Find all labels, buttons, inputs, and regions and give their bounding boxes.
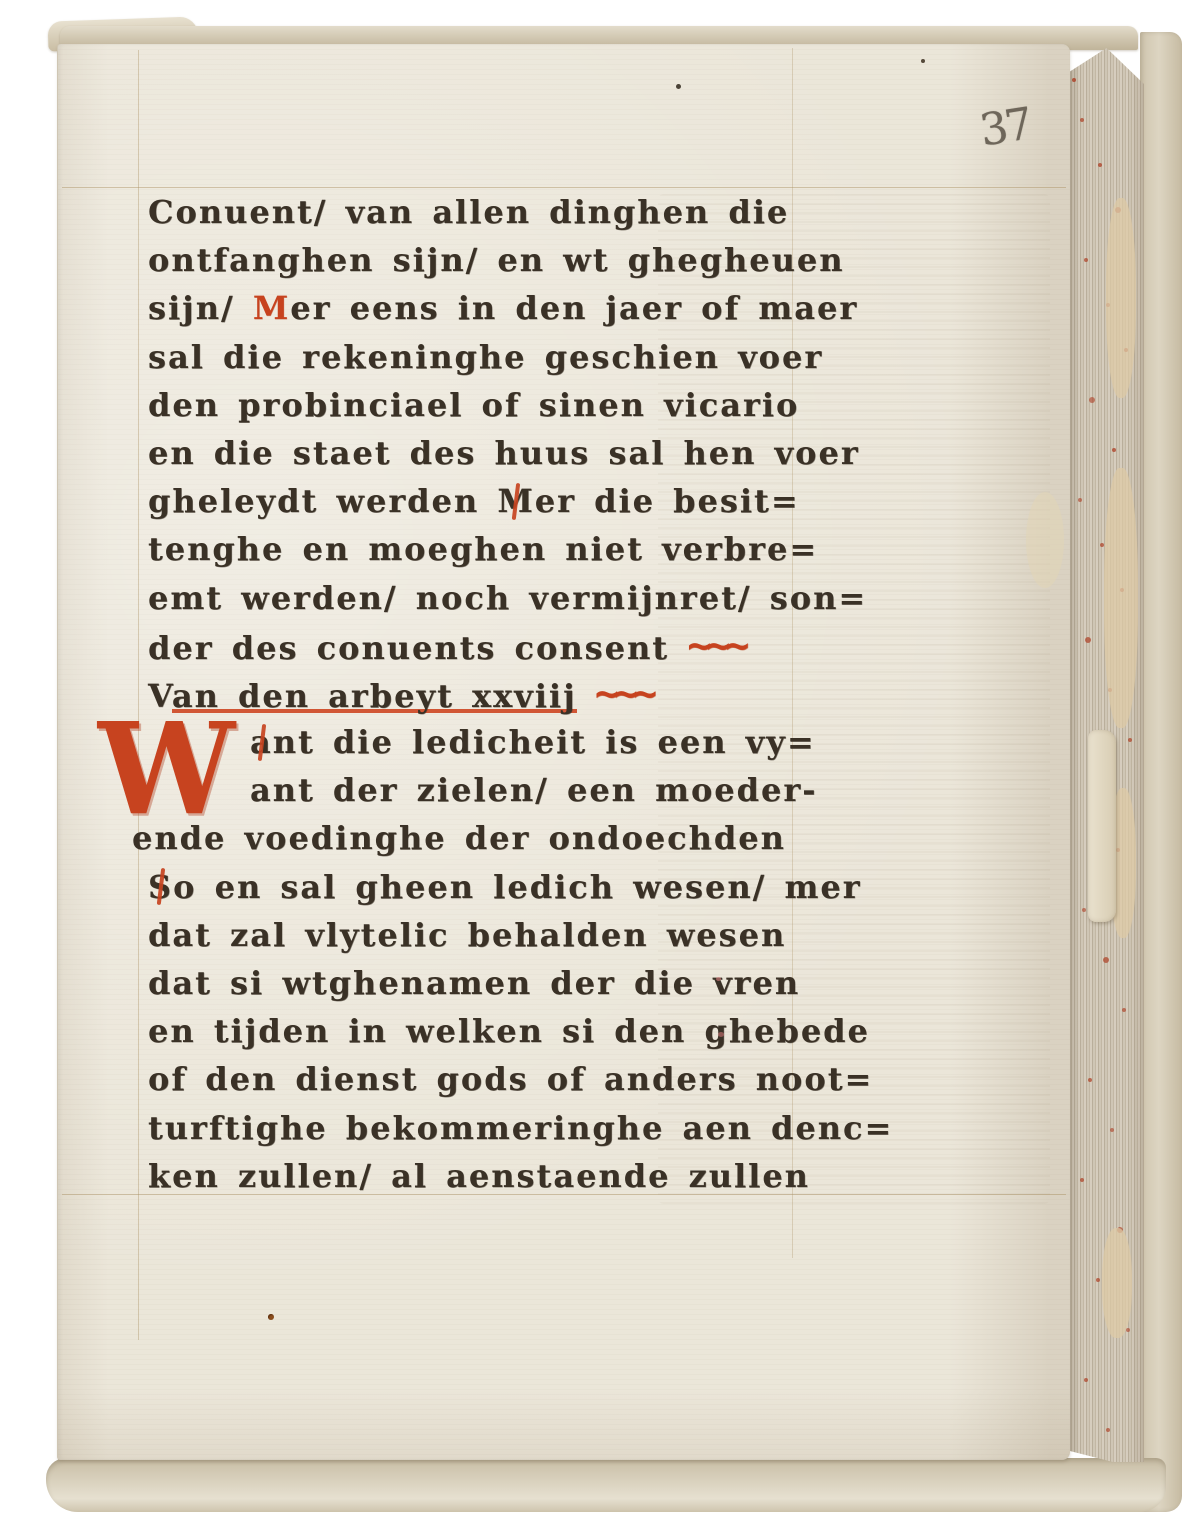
manuscript-text-line: tenghe en moeghen niet verbre= (148, 525, 1008, 573)
manuscript-text-line: So en sal gheen ledich wesen/ mer (148, 863, 1008, 911)
text-segment: gheleydt werden (148, 482, 497, 520)
manuscript-text-line: dat zal vlytelic behalden wesen (148, 911, 1008, 959)
manuscript-text-line: en tijden in welken si den ghebede (148, 1007, 1008, 1055)
edge-stain (1104, 468, 1138, 728)
pink-smudge (716, 977, 721, 981)
manuscript-text-line: der des conuents consent ~~~ (148, 622, 1008, 670)
text-segment: sal die rekeninghe geschien voer (148, 338, 823, 376)
text-segment: an den arbeyt xxviij (172, 677, 577, 715)
text-segment: M (497, 477, 534, 525)
text-segment: a (250, 718, 273, 766)
manuscript-text-line: ant die ledicheit is een vy= (148, 718, 1008, 766)
manuscript-text-line: gheleydt werden Mer die besit= (148, 477, 1008, 525)
parchment-index-tab (1088, 730, 1116, 922)
text-segment: emt werden/ noch vermijnret/ son= (148, 579, 867, 617)
manuscript-text-line: ende voedinghe der ondoechden (132, 814, 1008, 862)
text-segment: Conuent/ van allen dinghen die (148, 193, 789, 231)
text-segment: dat si wtghenamen der die vren (148, 964, 800, 1002)
manuscript-text-line: ant der zielen/ een moeder- (148, 766, 1008, 814)
vellum-cover-right-edge (1140, 32, 1182, 1512)
text-segment: o en sal gheen ledich wesen/ mer (173, 868, 861, 906)
manuscript-text-line: turftighe bekommeringhe aen denc= (148, 1104, 1008, 1152)
manuscript-text-line: den probinciael of sinen vicario (148, 381, 1008, 429)
text-segment: dat zal vlytelic behalden wesen (148, 916, 786, 954)
text-block: Conuent/ van allen dinghen dieontfanghen… (148, 188, 1008, 1200)
manuscript-text-line: Conuent/ van allen dinghen die (148, 188, 1008, 236)
rust-spot (268, 1314, 274, 1320)
rubric-line-filler-mark: ~~~ (595, 671, 652, 717)
edge-stain (1106, 198, 1136, 398)
pink-smudge (718, 1032, 724, 1037)
manuscript-text-line: sijn/ Mer eens in den jaer of maer (148, 284, 1008, 332)
text-segment: en die staet des huus sal hen voer (148, 434, 860, 472)
manuscript-page: 37 W Conuent/ van allen dinghen dieontfa… (58, 44, 1070, 1460)
text-segment: den probinciael of sinen vicario (148, 386, 799, 424)
margin-stain (1026, 492, 1064, 588)
text-segment: er die besit= (535, 482, 800, 520)
text-segment: V (148, 677, 172, 715)
rubric-line-filler-mark: ~~~ (687, 623, 744, 669)
rubricated-letter: M (253, 289, 290, 327)
text-segment: der des conuents consent (148, 629, 687, 667)
text-segment: en tijden in welken si den ghebede (148, 1012, 870, 1050)
manuscript-text-line: sal die rekeninghe geschien voer (148, 333, 1008, 381)
ink-speck (921, 59, 925, 63)
rubric-heading-line: Van den arbeyt xxviij ~~~ (148, 670, 1008, 718)
text-segment: turftighe bekommeringhe aen denc= (148, 1109, 893, 1147)
text-segment: sijn/ (148, 289, 253, 327)
text-segment: tenghe en moeghen niet verbre= (148, 530, 818, 568)
text-segment: of den dienst gods of anders noot= (148, 1060, 873, 1098)
ink-speck (676, 84, 681, 89)
folio-number: 37 (976, 98, 1033, 156)
manuscript-text-line: emt werden/ noch vermijnret/ son= (148, 574, 1008, 622)
vellum-cover-bottom-edge (46, 1458, 1166, 1512)
text-segment: ant der zielen/ een moeder- (250, 771, 818, 809)
manuscript-text-line: of den dienst gods of anders noot= (148, 1055, 1008, 1103)
manuscript-book-photo: 37 W Conuent/ van allen dinghen dieontfa… (0, 0, 1194, 1526)
manuscript-text-line: dat si wtghenamen der die vren (148, 959, 1008, 1007)
edge-stain (1102, 1228, 1132, 1338)
text-segment: S (148, 863, 173, 911)
manuscript-text-line: ontfanghen sijn/ en wt ghegheuen (148, 236, 1008, 284)
text-segment: nt die ledicheit is een vy= (273, 723, 816, 761)
text-segment: er eens in den jaer of maer (290, 289, 858, 327)
manuscript-text-line: en die staet des huus sal hen voer (148, 429, 1008, 477)
manuscript-text-line: ken zullen/ al aenstaende zullen (148, 1152, 1008, 1200)
red-speckled-edge-decoration (1072, 78, 1076, 82)
text-segment: ontfanghen sijn/ en wt ghegheuen (148, 241, 845, 279)
text-segment: ende voedinghe der ondoechden (132, 819, 786, 857)
text-segment (577, 677, 595, 715)
text-segment: ken zullen/ al aenstaende zullen (148, 1157, 810, 1195)
